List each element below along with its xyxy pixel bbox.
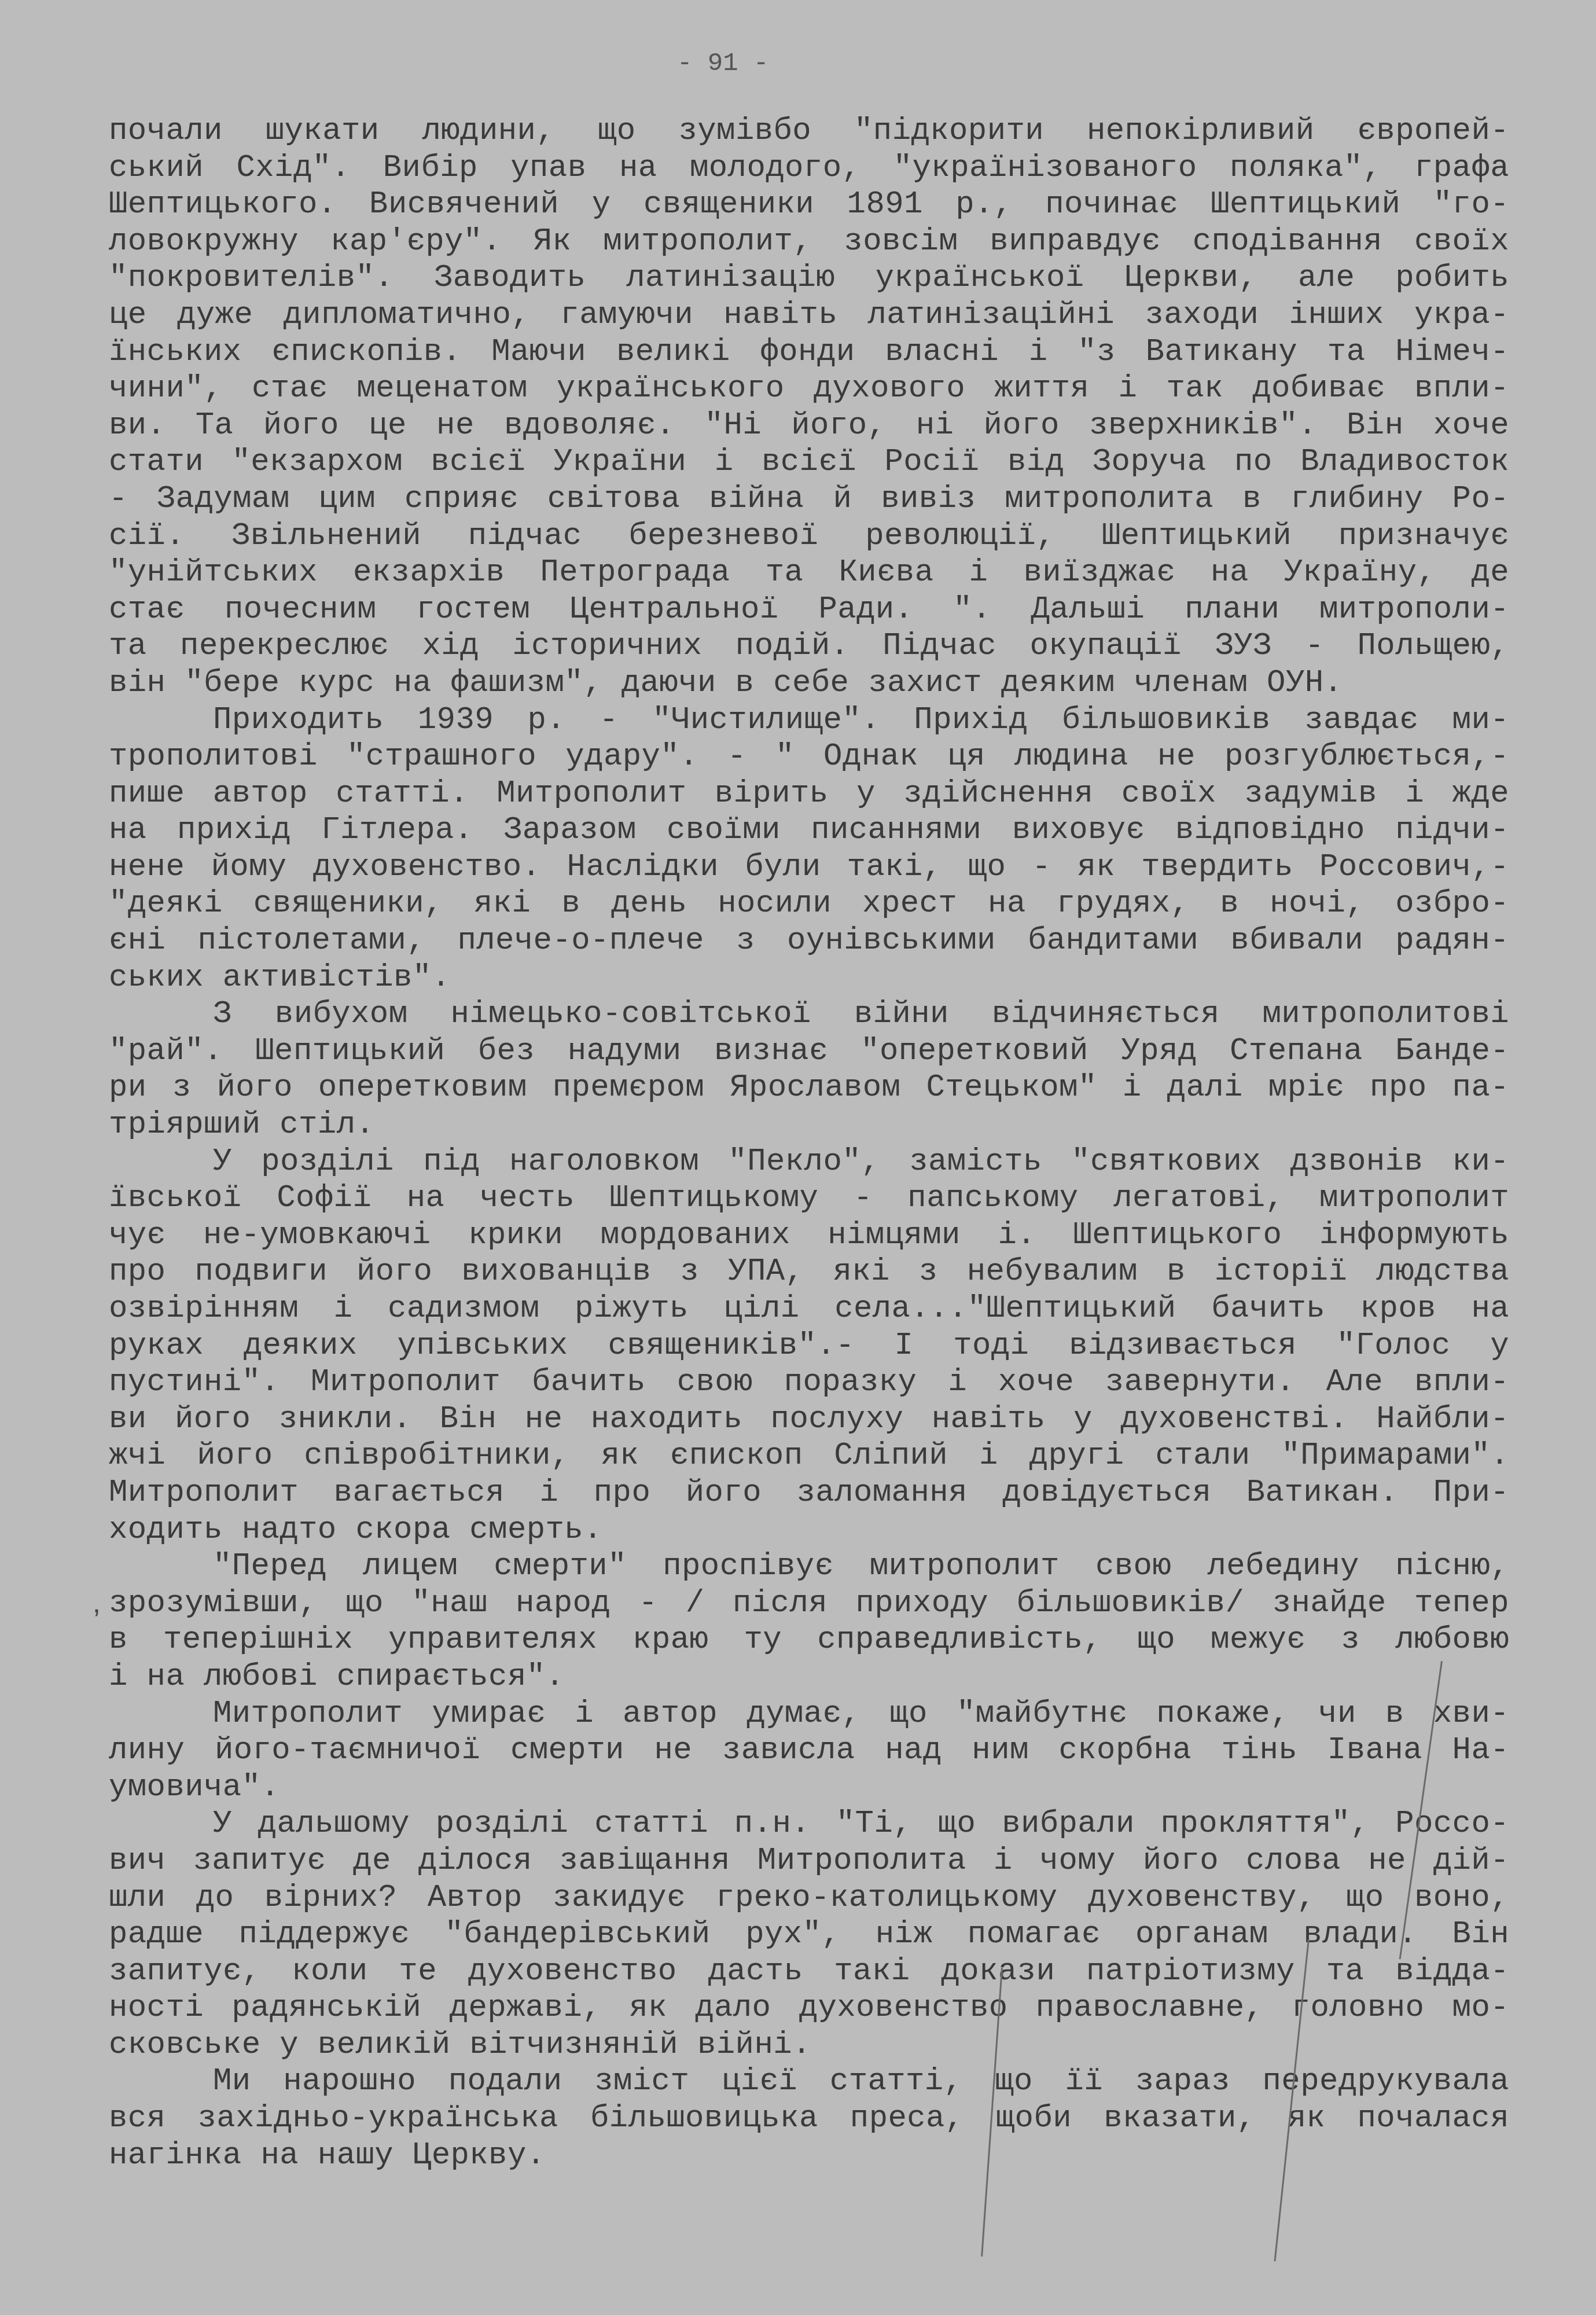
- text-line: єні пістолетами, плече-о-плече з оунівсь…: [109, 923, 1509, 960]
- text-line: "покровителів". Заводить латинізацію укр…: [109, 260, 1509, 297]
- text-line: чини", стає меценатом українського духов…: [109, 370, 1509, 407]
- text-line: Шептицького. Висвячений у священики 1891…: [109, 186, 1509, 223]
- text-line: Приходить 1939 р. - "Чистилище". Прихід …: [109, 702, 1509, 739]
- text-line: сії. Звільнений підчас березневої револю…: [109, 518, 1509, 555]
- text-line: зрозумівши, що "наш народ - / після прих…: [109, 1585, 1509, 1622]
- text-line: умовича".: [109, 1769, 1509, 1806]
- text-line: руках деяких упівських священиків".- І т…: [109, 1328, 1509, 1365]
- text-line: стати "екзархом всієї України і всієї Ро…: [109, 444, 1509, 481]
- text-line: шли до вірних? Автор закидує греко-катол…: [109, 1880, 1509, 1917]
- text-line: пише автор статті. Митрополит вірить у з…: [109, 776, 1509, 813]
- text-line: пустині". Митрополит бачить свою поразку…: [109, 1364, 1509, 1401]
- page-number: - 91 -: [677, 49, 768, 78]
- text-line: ських активістів".: [109, 960, 1509, 997]
- text-line: вич запитує де ділося завіщання Митропол…: [109, 1843, 1509, 1880]
- typewritten-body: почали шукати людини, що зумівбо "підкор…: [109, 113, 1509, 2174]
- text-line: та перекреслює хід історичних подій. Під…: [109, 628, 1509, 665]
- text-line: нене йому духовенство. Наслідки були так…: [109, 849, 1509, 886]
- text-line: тріярший стіл.: [109, 1107, 1509, 1144]
- text-line: "унійтських екзархів Петрограда та Києва…: [109, 554, 1509, 591]
- text-line: ри з його опереткoвим премєром Ярославом…: [109, 1070, 1509, 1107]
- text-line: нагінка на нашу Церкву.: [109, 2137, 1509, 2174]
- margin-pencil-mark: ,: [93, 1586, 101, 1619]
- text-line: ви його зникли. Він не находить послуху …: [109, 1401, 1509, 1438]
- text-line: трополитові "страшного удару". - " Однак…: [109, 738, 1509, 776]
- text-line: ський Схід". Вибір упав на молодого, "ук…: [109, 150, 1509, 187]
- text-line: Ми нарошно подали зміст цієї статті, що …: [109, 2063, 1509, 2100]
- text-line: У дальшому розділі статті п.н. "Ті, що в…: [109, 1806, 1509, 1843]
- text-line: - Задумам цим сприяє світова війна й вив…: [109, 481, 1509, 518]
- text-line: вся західньо-українська більшовицька пре…: [109, 2100, 1509, 2137]
- text-line: на прихід Гітлера. Заразом своїми писанн…: [109, 812, 1509, 849]
- text-line: він "бере курс на фашизм", даючи в себе …: [109, 665, 1509, 702]
- text-line: почали шукати людини, що зумівбо "підкор…: [109, 113, 1509, 150]
- text-line: про подвиги його вихованців з УПА, які з…: [109, 1254, 1509, 1291]
- text-line: ви. Та його це не вдоволяє. "Ні його, ні…: [109, 407, 1509, 444]
- text-line: "Перед лицем смерти" проспівує митрополи…: [109, 1548, 1509, 1585]
- text-line: радше піддержує "бандерівський рух", ніж…: [109, 1916, 1509, 1953]
- text-line: Митрополит вагається і про його заломанн…: [109, 1475, 1509, 1512]
- text-line: З вибухом німецько-совітської війни відч…: [109, 996, 1509, 1033]
- text-line: У розділі під наголовком "Пекло", заміст…: [109, 1144, 1509, 1181]
- text-line: жчі його співробітники, як єпископ Сліпи…: [109, 1438, 1509, 1475]
- text-line: стає почесним гостем Центральної Ради. "…: [109, 591, 1509, 629]
- text-line: "рай". Шептицький без надуми визнає "опе…: [109, 1033, 1509, 1070]
- text-line: лину його-таємничої смерти не зависла на…: [109, 1732, 1509, 1769]
- text-line: ходить надто скора смерть.: [109, 1512, 1509, 1549]
- text-line: і на любові спирається".: [109, 1659, 1509, 1696]
- text-line: ловокружну кар'єру". Як митрополит, зовс…: [109, 223, 1509, 260]
- scanned-page: - 91 - почали шукати людини, що зумівбо …: [0, 0, 1596, 2315]
- text-line: чує не-умовкаючі крики мордованих німцям…: [109, 1217, 1509, 1254]
- text-line: це дуже дипломатично, гамуючи навіть лат…: [109, 297, 1509, 334]
- text-line: Митрополит умирає і автор думає, що "май…: [109, 1696, 1509, 1733]
- text-line: запитує, коли те духовенство дасть такі …: [109, 1953, 1509, 1990]
- text-line: "деякі священики, які в день носили хрес…: [109, 885, 1509, 923]
- text-line: їнських єпископів. Маючи великі фонди вл…: [109, 334, 1509, 371]
- text-line: озвірінням і садизмом ріжуть цілі села..…: [109, 1291, 1509, 1328]
- text-line: ївської Софії на честь Шептицькому - пап…: [109, 1180, 1509, 1217]
- text-line: в теперішніх управителях краю ту справед…: [109, 1622, 1509, 1659]
